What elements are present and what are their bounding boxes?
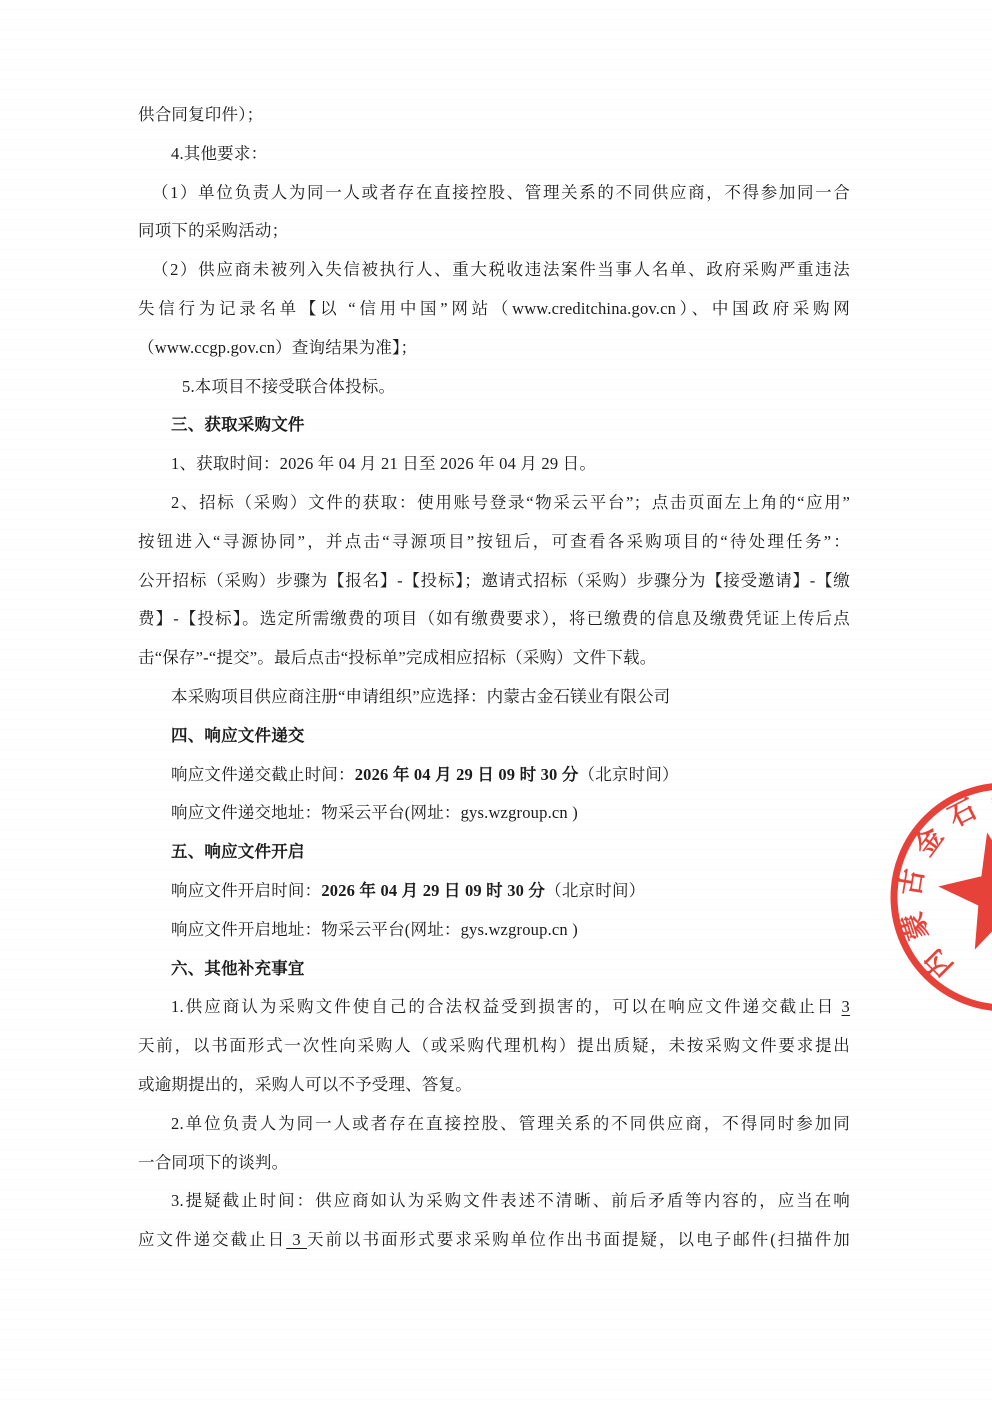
text-line: 2.单位负责人为同一人或者存在直接控股、管理关系的不同供应商，不得同时参加同 bbox=[138, 1105, 850, 1144]
text-line: 应文件递交截止日 3 天前以书面形式要求采购单位作出书面提疑，以电子邮件(扫描件… bbox=[138, 1221, 850, 1260]
text-segment: 2026 年 04 月 29 日 09 时 30 分 bbox=[321, 881, 545, 900]
text-segment: 响应文件开启地址：物采云平台(网址：gys.wzgroup.cn ) bbox=[171, 920, 578, 939]
text-line: （www.ccgp.gov.cn）查询结果为准】； bbox=[138, 329, 850, 368]
text-line: 1、获取时间：2026 年 04 月 21 日至 2026 年 04 月 29 … bbox=[138, 445, 850, 484]
text-line: 五、响应文件开启 bbox=[138, 833, 850, 872]
text-segment: （www.ccgp.gov.cn）查询结果为准】； bbox=[138, 338, 417, 357]
text-line: 2、招标（采购）文件的获取：使用账号登录“物采云平台”；点击页面左上角的“应用” bbox=[138, 484, 850, 523]
text-segment: 2026 年 04 月 29 日 09 时 30 分 bbox=[355, 765, 579, 784]
text-segment: 2、招标（采购）文件的获取：使用账号登录“物采云平台”；点击页面左上角的“应用” bbox=[171, 493, 850, 512]
text-line: 天前，以书面形式一次性向采购人（或采购代理机构）提出质疑，未按采购文件要求提出 bbox=[138, 1027, 850, 1066]
text-line: 击“保存”-“提交”。最后点击“投标单”完成相应招标（采购）文件下载。 bbox=[138, 639, 850, 678]
text-line: 四、响应文件递交 bbox=[138, 717, 850, 756]
text-line: （1）单位负责人为同一人或者存在直接控股、管理关系的不同供应商，不得参加同一合 bbox=[138, 174, 850, 213]
text-segment: 天前以书面形式要求采购单位作出书面提疑，以电子邮件(扫描件加 bbox=[307, 1230, 850, 1249]
text-line: 公开招标（采购）步骤为【报名】-【投标】；邀请式招标（采购）步骤分为【接受邀请】… bbox=[138, 562, 850, 601]
text-segment: 一合同项下的谈判。 bbox=[138, 1153, 288, 1172]
text-segment: 五、响应文件开启 bbox=[171, 842, 305, 861]
text-segment: 应文件递交截止日 bbox=[138, 1230, 286, 1249]
text-segment: 同项下的采购活动； bbox=[138, 221, 288, 240]
text-segment: 公开招标（采购）步骤为【报名】-【投标】；邀请式招标（采购）步骤分为【接受邀请】… bbox=[138, 571, 850, 590]
text-segment: 1.供应商认为采购文件使自己的合法权益受到损害的，可以在响应文件递交截止日 bbox=[171, 997, 842, 1016]
text-segment: 四、响应文件递交 bbox=[171, 726, 305, 745]
text-line: （2）供应商未被列入失信被执行人、重大税收违法案件当事人名单、政府采购严重违法 bbox=[138, 251, 850, 290]
document-text-block: 供合同复印件）；4.其他要求：（1）单位负责人为同一人或者存在直接控股、管理关系… bbox=[138, 96, 850, 1260]
text-line: 失信行为记录名单【以 “信用中国”网站（www.creditchina.gov.… bbox=[138, 290, 850, 329]
seal-ring-character: 古 bbox=[895, 867, 929, 898]
text-line: 3.提疑截止时间：供应商如认为采购文件表述不清晰、前后矛盾等内容的，应当在响 bbox=[138, 1182, 850, 1221]
text-line: 响应文件递交截止时间：2026 年 04 月 29 日 09 时 30 分（北京… bbox=[138, 756, 850, 795]
text-segment: 失信行为记录名单【以 “信用中国”网站（www.creditchina.gov.… bbox=[138, 299, 850, 318]
text-line: 按钮进入“寻源协同”，并点击“寻源项目”按钮后，可查看各采购项目的“待处理任务”… bbox=[138, 523, 850, 562]
text-segment: 按钮进入“寻源协同”，并点击“寻源项目”按钮后，可查看各采购项目的“待处理任务”… bbox=[138, 532, 850, 551]
seal-graphics: 内蒙古金石镁业有限公司 bbox=[894, 786, 992, 1008]
text-line: 本采购项目供应商注册“申请组织”应选择：内蒙古金石镁业有限公司 bbox=[138, 678, 850, 717]
text-line: 5.本项目不接受联合体投标。 bbox=[138, 368, 850, 407]
text-segment: 供合同复印件）； bbox=[138, 105, 263, 124]
text-segment: 3 bbox=[286, 1230, 307, 1249]
text-line: 或逾期提出的，采购人可以不予受理、答复。 bbox=[138, 1066, 850, 1105]
text-segment: 击“保存”-“提交”。最后点击“投标单”完成相应招标（采购）文件下载。 bbox=[138, 648, 656, 667]
text-line: 1.供应商认为采购文件使自己的合法权益受到损害的，可以在响应文件递交截止日 3 bbox=[138, 988, 850, 1027]
text-segment: 3.提疑截止时间：供应商如认为采购文件表述不清晰、前后矛盾等内容的，应当在响 bbox=[171, 1191, 850, 1210]
text-segment: 三、获取采购文件 bbox=[171, 415, 305, 434]
text-line: 供合同复印件）； bbox=[138, 96, 850, 135]
official-seal-stamp: 内蒙古金石镁业有限公司 bbox=[880, 770, 992, 1025]
text-segment: （北京时间） bbox=[545, 881, 645, 900]
text-segment: 天前，以书面形式一次性向采购人（或采购代理机构）提出质疑，未按采购文件要求提出 bbox=[138, 1036, 850, 1055]
text-segment: （2）供应商未被列入失信被执行人、重大税收违法案件当事人名单、政府采购严重违法 bbox=[152, 260, 850, 279]
text-segment: （北京时间） bbox=[579, 765, 679, 784]
text-line: 费】-【投标】。选定所需缴费的项目（如有缴费要求），将已缴费的信息及缴费凭证上传… bbox=[138, 600, 850, 639]
seal-star-icon bbox=[938, 832, 992, 949]
text-segment: 响应文件递交地址：物采云平台(网址：gys.wzgroup.cn ) bbox=[171, 803, 578, 822]
text-segment: 5.本项目不接受联合体投标。 bbox=[182, 377, 395, 396]
text-segment: 响应文件开启时间： bbox=[171, 881, 321, 900]
text-line: 响应文件递交地址：物采云平台(网址：gys.wzgroup.cn ) bbox=[138, 794, 850, 833]
text-segment: 费】-【投标】。选定所需缴费的项目（如有缴费要求），将已缴费的信息及缴费凭证上传… bbox=[138, 609, 850, 628]
text-line: 响应文件开启时间：2026 年 04 月 29 日 09 时 30 分（北京时间… bbox=[138, 872, 850, 911]
text-segment: 4.其他要求： bbox=[171, 144, 267, 163]
text-segment: 3 bbox=[842, 997, 850, 1016]
text-line: 三、获取采购文件 bbox=[138, 406, 850, 445]
text-segment: 本采购项目供应商注册“申请组织”应选择：内蒙古金石镁业有限公司 bbox=[171, 687, 670, 706]
text-segment: 1、获取时间：2026 年 04 月 21 日至 2026 年 04 月 29 … bbox=[171, 454, 596, 473]
text-line: 一合同项下的谈判。 bbox=[138, 1144, 850, 1183]
text-line: 4.其他要求： bbox=[138, 135, 850, 174]
text-segment: 或逾期提出的，采购人可以不予受理、答复。 bbox=[138, 1075, 472, 1094]
text-segment: 2.单位负责人为同一人或者存在直接控股、管理关系的不同供应商，不得同时参加同 bbox=[171, 1114, 850, 1133]
text-line: 同项下的采购活动； bbox=[138, 212, 850, 251]
text-segment: 六、其他补充事宜 bbox=[171, 959, 305, 978]
text-segment: （1）单位负责人为同一人或者存在直接控股、管理关系的不同供应商，不得参加同一合 bbox=[152, 183, 850, 202]
text-segment: 响应文件递交截止时间： bbox=[171, 765, 355, 784]
text-line: 响应文件开启地址：物采云平台(网址：gys.wzgroup.cn ) bbox=[138, 911, 850, 950]
text-line: 六、其他补充事宜 bbox=[138, 950, 850, 989]
